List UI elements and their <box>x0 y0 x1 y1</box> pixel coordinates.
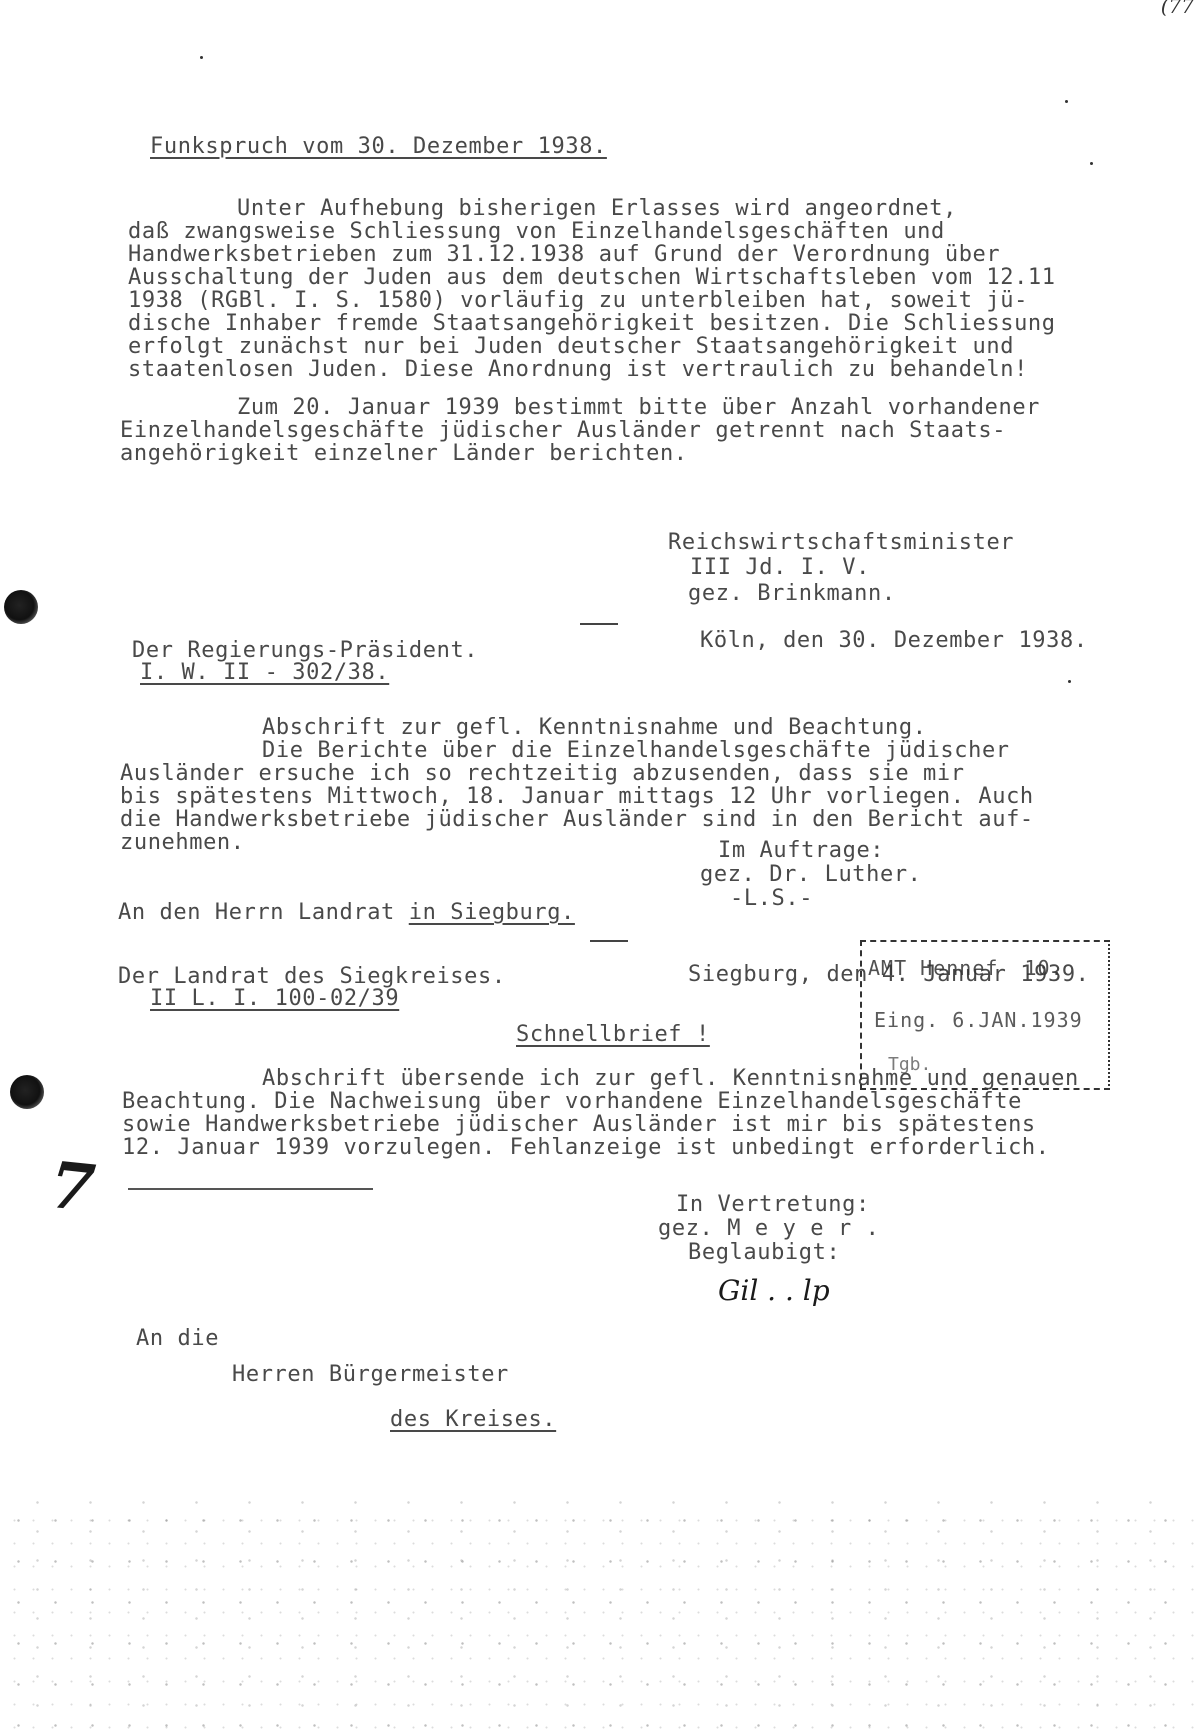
block2-line: die Handwerksbetriebe jüdischer Auslände… <box>120 807 1034 833</box>
document-heading: Funkspruch vom 30. Dezember 1938. <box>150 134 607 160</box>
block3-urgent-label: Schnellbrief ! <box>516 1022 710 1048</box>
block2-sig-line2: gez. Dr. Luther. <box>700 862 922 888</box>
speck <box>1068 680 1071 683</box>
block2-sig-line1: Im Auftrage: <box>718 838 884 864</box>
block2-recipient-place: in Siegburg. <box>409 900 575 925</box>
speck <box>200 56 203 59</box>
block2-recipient-prefix: An den Herrn Landrat <box>118 900 409 925</box>
separator-dash <box>590 940 628 942</box>
punch-hole-icon <box>10 1075 44 1109</box>
signature1-ref: III Jd. I. V. <box>690 555 870 581</box>
signature1-office: Reichswirtschaftsminister <box>668 530 1014 556</box>
block2-sig-line3: -L.S.- <box>730 886 813 912</box>
block3-line: 12. Januar 1939 vorzulegen. Fehlanzeige … <box>122 1135 1050 1161</box>
document-page: (77 Funkspruch vom 30. Dezember 1938. Un… <box>0 0 1200 1732</box>
margin-note: 7 <box>46 1148 98 1227</box>
block2-line: zunehmen. <box>120 830 245 856</box>
page-marker: (77 <box>1161 0 1194 18</box>
block3-ref: II L. I. 100-02/39 <box>150 986 399 1012</box>
scan-noise <box>0 1500 1200 1732</box>
addressee-line1: An die <box>136 1326 219 1352</box>
handwritten-signature: Gil . . lp <box>718 1274 830 1307</box>
addressee-line3: des Kreises. <box>390 1407 556 1433</box>
block2-place-date: Köln, den 30. Dezember 1938. <box>700 628 1088 654</box>
block2-ref: I. W. II - 302/38. <box>140 660 389 686</box>
stamp-office: AMT Hennef 10. <box>868 956 1064 980</box>
stamp-journal: Tgb. <box>888 1054 931 1075</box>
stamp-date: Eing. 6.JAN.1939 <box>874 1008 1083 1032</box>
punch-hole-icon <box>4 590 38 624</box>
block2-recipient: An den Herrn Landrat in Siegburg. <box>118 900 575 926</box>
paragraph1-line: staatenlosen Juden. Diese Anordnung ist … <box>128 357 1028 383</box>
underline-stroke <box>128 1188 373 1190</box>
block3-sig-line1: In Vertretung: <box>676 1192 870 1218</box>
block3-sig-line2: gez. M e y e r . <box>658 1216 880 1242</box>
separator-dash <box>580 623 618 625</box>
block3-sig-line3: Beglaubigt: <box>688 1240 840 1266</box>
signature1-signed: gez. Brinkmann. <box>688 581 896 607</box>
received-stamp: AMT Hennef 10. Eing. 6.JAN.1939 Tgb. <box>860 940 1110 1090</box>
speck <box>1065 100 1068 103</box>
speck <box>1090 162 1093 165</box>
paragraph2-line: angehörigkeit einzelner Länder berichten… <box>120 441 688 467</box>
addressee-line2: Herren Bürgermeister <box>232 1362 509 1388</box>
